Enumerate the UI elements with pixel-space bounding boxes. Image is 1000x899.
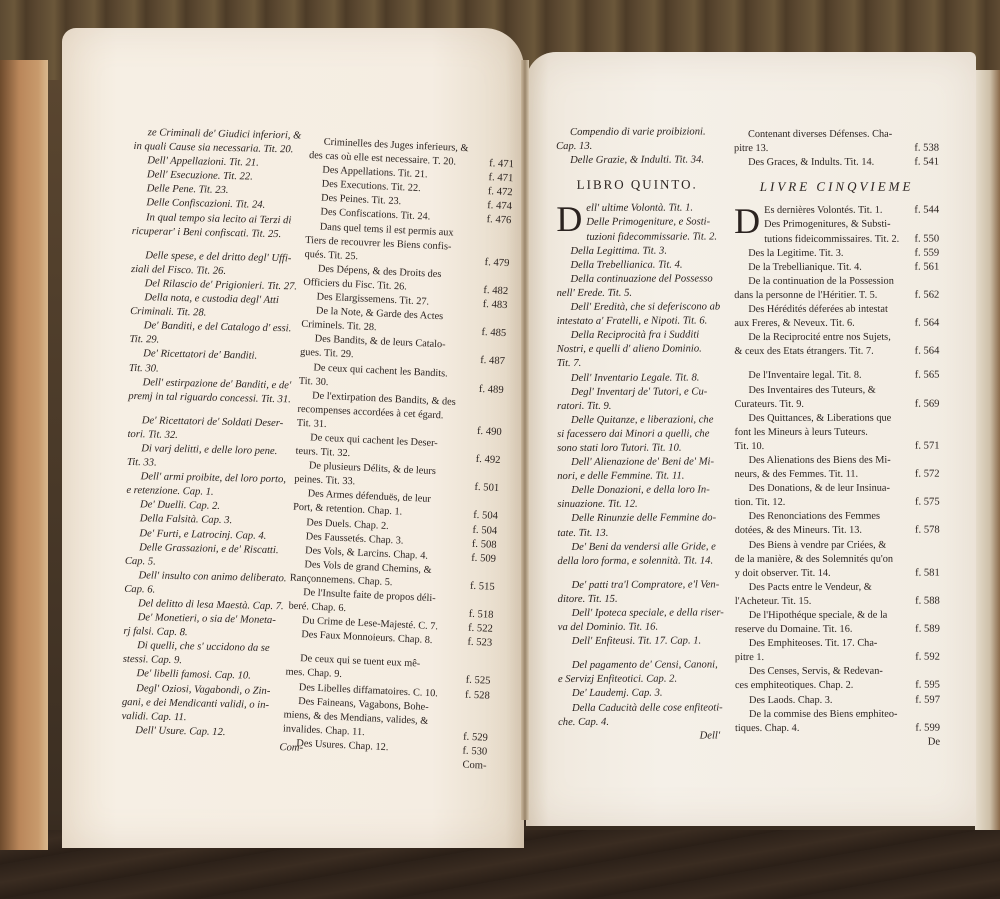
toc-entry-line: Tit. 7. (557, 357, 719, 372)
toc-entry-line: Es dernières Volontés. Tit. 1. (734, 204, 939, 218)
folio-number: f. 479 (484, 256, 509, 271)
french-toc-entries: Es dernières Volontés. Tit. 1.f. 544Des … (734, 204, 940, 750)
toc-entry: Dell' Enfiteusi. Tit. 17. Cap. 1. (558, 635, 720, 650)
toc-entry: Des Graces, & Indults. Tit. 14.f. 541 (734, 156, 939, 170)
toc-entry: De' Ricettatori de' Banditi.Tit. 30. (129, 347, 312, 379)
toc-entry-line: De l'Inventaire legal. Tit. 8. (734, 369, 939, 383)
folio-number: f. 509 (471, 551, 496, 566)
folio-number: f. 599 (915, 721, 940, 735)
toc-entry: Des Quittances, & Liberations quefont le… (734, 411, 939, 454)
folio-number: f. 578 (915, 524, 940, 538)
folio-number: f. 588 (915, 595, 940, 609)
toc-entry-line: Della Reciprocità fra i Sudditi (557, 329, 719, 344)
toc-entry: Des Biens à vendre par Criées, &de la ma… (735, 538, 940, 581)
toc-entry-line: tiques. Chap. 4. (735, 721, 940, 735)
toc-entry-line: De' patti tra'l Compratore, e'l Ven- (558, 578, 720, 593)
folio-number: f. 476 (486, 214, 511, 229)
left-french-column: Criminelles des Juges inferieurs, &des c… (281, 135, 514, 774)
toc-entry-line: Des Donations, & de leur Insinua- (735, 482, 940, 496)
toc-entry-line: Compendio di varie proibizioni. (556, 125, 718, 140)
toc-entry-line: tion. Tit. 12. (735, 496, 940, 510)
section-gap (558, 649, 720, 660)
toc-entry: Des Primogenitures, & Substi-tutions fid… (734, 218, 939, 247)
folio-number: f. 562 (915, 289, 940, 303)
folio-number: f. 483 (482, 298, 507, 313)
toc-entry: Contenant diverses Défenses. Cha-pitre 1… (734, 128, 939, 157)
toc-entry: Dell' Alienazione de' Beni de' Mi-nori, … (557, 455, 719, 484)
toc-entry-line: Nostri, e quelli d' alieno Dominio. (557, 343, 719, 358)
toc-entry: ell' ultime Volontà. Tit. 1. (556, 202, 718, 217)
toc-entry-line: Des la Legitime. Tit. 3. (734, 246, 939, 260)
book-fore-edge-right (975, 70, 1000, 830)
toc-entry: Des la Legitime. Tit. 3.f. 559 (734, 246, 939, 260)
toc-entry-line: Curateurs. Tit. 9. (734, 397, 939, 411)
toc-entry-line: Dell' Enfiteusi. Tit. 17. Cap. 1. (558, 635, 720, 650)
toc-entry: Dell' Eredità, che si deferiscono abinte… (557, 300, 719, 329)
folio-number: f. 564 (915, 345, 940, 359)
folio-number: f. 529 (463, 730, 488, 745)
toc-entry-line: e Servizj Enfiteotici. Cap. 2. (558, 673, 720, 688)
book-gutter (521, 60, 529, 820)
folio-number: f. 559 (914, 246, 939, 260)
toc-entry: Delle Grazie, & Indulti. Tit. 34. (556, 154, 718, 169)
folio-number: f. 471 (488, 171, 513, 186)
folio-number: f. 575 (915, 496, 940, 510)
toc-entry-line: sono stati loro Tutori. Tit. 10. (557, 441, 719, 456)
folio-number: f. 515 (470, 580, 495, 595)
folio-number: f. 518 (468, 608, 493, 623)
right-french-column: Contenant diverses Défenses. Cha-pitre 1… (734, 128, 940, 750)
toc-entry-line: tuzioni fidecommissarie. Tit. 2. (556, 230, 718, 245)
toc-entry: Des Censes, Servis, & Redevan-ces emphit… (735, 665, 940, 694)
toc-entry: De' Monetieri, o sia de' Moneta-rj falsi… (123, 611, 306, 643)
toc-entry: Dell' estirpazione de' Banditi, e de'pre… (128, 376, 311, 408)
toc-entry-line: Delle Rinunzie delle Femmine do- (557, 512, 719, 527)
toc-entry: Delle Grassazioni, e de' Riscatti.Cap. 5… (125, 541, 308, 573)
folio-number: f. 501 (474, 481, 499, 496)
toc-entry: Des Donations, & de leur Insinua-tion. T… (735, 482, 940, 511)
book-fore-edge-left (0, 60, 48, 850)
folio-number: f. 592 (915, 651, 940, 665)
toc-entry: De la Reciprocité entre nos Sujets,& ceu… (734, 331, 939, 360)
toc-entry: Des Pacts entre le Vendeur, &l'Acheteur.… (735, 580, 940, 609)
french-top-entries: Contenant diverses Défenses. Cha-pitre 1… (734, 128, 939, 171)
right-italian-column: Compendio di varie proibizioni.Cap. 13.D… (556, 125, 720, 743)
folio-number: f. 474 (487, 199, 512, 214)
toc-entry: De' Banditi, e del Catalogo d' essi.Tit.… (129, 319, 312, 351)
toc-entry: Della Trebellianica. Tit. 4. (556, 258, 718, 273)
toc-entry: Della Reciprocità fra i SudditiNostri, e… (557, 329, 719, 372)
toc-entry-line: de la manière, & des Solemnités qu'on (735, 552, 940, 566)
toc-entry: Dell' Inventario Legale. Tit. 8. (557, 371, 719, 386)
toc-entry-line: ces emphiteotiques. Chap. 2. (735, 679, 940, 693)
toc-entry: De' Beni da vendersi alle Gride, edella … (557, 540, 719, 569)
folio-number: f. 538 (914, 142, 939, 156)
toc-entry: De la continuation de la Possessiondans … (734, 274, 939, 303)
catchword: De (735, 735, 940, 749)
toc-entry: De l'Hipothéque speciale, & de lareserve… (735, 609, 940, 638)
folio-number: f. 571 (915, 440, 940, 454)
toc-entry-line: sinuazione. Tit. 12. (557, 498, 719, 513)
toc-entry: Des Laods. Chap. 3.f. 597 (735, 693, 940, 707)
folio-number: f. 489 (479, 383, 504, 398)
folio-number: f. 561 (915, 260, 940, 274)
toc-entry-line: l'Acheteur. Tit. 15. (735, 595, 940, 609)
toc-entry-line: Cap. 13. (556, 140, 718, 155)
folio-number: f. 504 (473, 509, 498, 524)
toc-entry-line: dotées, & des Mineurs. Tit. 13. (735, 524, 940, 538)
folio-number: f. 522 (468, 622, 493, 637)
toc-entry: ze Criminali de' Giudici inferiori, &in … (133, 126, 316, 158)
toc-entry-line: Des Graces, & Indults. Tit. 14. (734, 156, 939, 170)
folio-number: f. 564 (915, 317, 940, 331)
toc-entry: De' Laudemj. Cap. 3. (558, 687, 720, 702)
toc-entry-line: Dell' Ipoteca speciale, e della riser- (558, 606, 720, 621)
folio-number: f. 528 (465, 688, 490, 703)
toc-entry: Des Inventaires des Tuteurs, &Curateurs.… (734, 383, 939, 412)
folio-number: f. 472 (488, 185, 513, 200)
toc-entry-line: Delle Primogeniture, e Sosti- (556, 216, 718, 231)
toc-entry: Della Caducità delle cose enfiteoti-che.… (558, 701, 720, 730)
toc-entry-line: Delle Quitanze, e liberazioni, che (557, 413, 719, 428)
italian-toc-entries: ell' ultime Volontà. Tit. 1.Delle Primog… (556, 202, 720, 744)
toc-entry-line: tutions fideicommissaires. Tit. 2. (734, 232, 939, 246)
toc-entry-line: font les Mineurs à leurs Tuteurs. (735, 425, 940, 439)
toc-entry-line: Degl' Inventarj de' Tutori, e Cu- (557, 385, 719, 400)
toc-entry-line: De la Trebellianique. Tit. 4. (734, 260, 939, 274)
toc-entry-line: nori, e delle Femmine. Tit. 11. (557, 470, 719, 485)
toc-entry: Del pagamento de' Censi, Canoni,e Serviz… (558, 659, 720, 688)
french-book-heading: LIVRE CINQVIEME (734, 180, 939, 194)
toc-entry: Di quelli, che s' uccidono da sestessi. … (123, 639, 306, 671)
toc-entry-line: Des Hérédités déferées ab intestat (734, 303, 939, 317)
toc-entry: Delle Rinunzie delle Femmine do-tate. Ti… (557, 512, 719, 541)
toc-entry-line: De l'Hipothéque speciale, & de la (735, 609, 940, 623)
folio-number: f. 504 (472, 523, 497, 538)
toc-entry: De la commise des Biens emphiteo-tiques.… (735, 707, 940, 736)
toc-entry-line: che. Cap. 4. (558, 715, 720, 730)
toc-entry: Degl' Inventarj de' Tutori, e Cu-ratori.… (557, 385, 719, 414)
folio-number: f. 572 (915, 468, 940, 482)
toc-entry-line: Des Emphiteoses. Tit. 17. Cha- (735, 637, 940, 651)
toc-entry-line: intestato a' Fratelli, e Nipoti. Tit. 6. (557, 315, 719, 330)
toc-entry: Des Alienations des Biens des Mi-neurs, … (735, 454, 940, 483)
section-gap (734, 359, 939, 369)
folio-number: f. 581 (915, 566, 940, 580)
folio-number: f. 544 (914, 204, 939, 218)
toc-entry-line: Dell' Eredità, che si deferiscono ab (557, 300, 719, 315)
toc-entry-line: tate. Tit. 13. (557, 526, 719, 541)
toc-entry-line: Dell' Alienazione de' Beni de' Mi- (557, 455, 719, 470)
toc-entry-line: De la Reciprocité entre nos Sujets, (734, 331, 939, 345)
toc-entry-line: Della Caducità delle cose enfiteoti- (558, 701, 720, 716)
toc-entry-line: pitre 13. (734, 142, 939, 156)
toc-entry: Dell' Ipoteca speciale, e della riser-va… (558, 606, 720, 635)
toc-entry-line: si facessero dai Minori a quelli, che (557, 427, 719, 442)
folio-number: f. 589 (915, 623, 940, 637)
italian-top-entries: Compendio di varie proibizioni.Cap. 13.D… (556, 125, 718, 168)
toc-entry: Compendio di varie proibizioni.Cap. 13. (556, 125, 718, 154)
toc-entry: Dell' insulto con animo deliberato.Cap. … (124, 569, 307, 601)
toc-entry-line: De la commise des Biens emphiteo- (735, 707, 940, 721)
toc-entry: Delle Quitanze, e liberazioni, chesi fac… (557, 413, 719, 456)
toc-entry: Des Renonciations des Femmesdotées, & de… (735, 510, 940, 539)
toc-entry: Della nota, e custodia degl' AttiCrimina… (130, 291, 313, 323)
catchword: Dell' (558, 729, 720, 744)
toc-entry: In qual tempo sia lecito ai Terzi diricu… (132, 211, 315, 243)
toc-entry-line: Des Biens à vendre par Criées, & (735, 538, 940, 552)
toc-entry-line: Della continuazione del Possesso (557, 272, 719, 287)
toc-entry: Delle Primogeniture, e Sosti-tuzioni fid… (556, 216, 718, 245)
toc-entry: Della Legittima. Tit. 3. (556, 244, 718, 259)
toc-entry-line: reserve du Domaine. Tit. 16. (735, 623, 940, 637)
toc-entry-line: De' Beni da vendersi alle Gride, e (557, 540, 719, 555)
toc-entry: Della continuazione del Possessonell' Er… (557, 272, 719, 301)
folio-number: f. 523 (467, 636, 492, 651)
toc-entry: De l'Inventaire legal. Tit. 8.f. 565 (734, 369, 939, 383)
toc-entry-line: neurs, & des Femmes. Tit. 11. (735, 468, 940, 482)
toc-entry-line: ditore. Tit. 15. (558, 592, 720, 607)
toc-entry-line: ratori. Tit. 9. (557, 399, 719, 414)
toc-entry: Dell' armi proibite, del loro porto,e re… (126, 470, 309, 502)
toc-entry-line: dans la personne de l'Héritier. T. 5. (734, 289, 939, 303)
toc-entry-line: Des Renonciations des Femmes (735, 510, 940, 524)
toc-entry: Es dernières Volontés. Tit. 1.f. 544 (734, 204, 939, 218)
toc-entry-line: va del Dominio. Tit. 16. (558, 621, 720, 636)
toc-entry: Degl' Oziosi, Vagabondi, o Zin-gani, e d… (121, 681, 304, 727)
toc-entry-line: Des Quittances, & Liberations que (734, 411, 939, 425)
toc-entry: Des Emphiteoses. Tit. 17. Cha-pitre 1.f.… (735, 637, 940, 666)
toc-entry-line: Des Inventaires des Tuteurs, & (734, 383, 939, 397)
folio-number: f. 525 (465, 674, 490, 689)
toc-entry-line: Del pagamento de' Censi, Canoni, (558, 659, 720, 674)
toc-entry: Di varj delitti, e delle loro pene.Tit. … (127, 442, 310, 474)
toc-entry-line: ell' ultime Volontà. Tit. 1. (556, 202, 718, 217)
toc-entry-line: & ceux des Etats étrangers. Tit. 7. (734, 345, 939, 359)
folio-number: f. 541 (914, 156, 939, 170)
toc-entry-line: De' Laudemj. Cap. 3. (558, 687, 720, 702)
folio-number: f. 595 (915, 679, 940, 693)
toc-entry-line: Contenant diverses Défenses. Cha- (734, 128, 939, 142)
toc-entry-line: nell' Erede. Tit. 5. (557, 286, 719, 301)
folio-number: f. 482 (483, 284, 508, 299)
folio-number: f. 492 (475, 453, 500, 468)
section-gap (558, 568, 720, 579)
toc-entry-line: Delle Donazioni, e della loro In- (557, 484, 719, 499)
folio-number: f. 597 (915, 693, 940, 707)
folio-number: f. 550 (914, 232, 939, 246)
toc-entry: Delle spese, e del dritto degl' Uffi-zia… (131, 249, 314, 281)
toc-entry-line: della loro forma, e solennità. Tit. 14. (557, 554, 719, 569)
toc-entry: De' patti tra'l Compratore, e'l Ven-dito… (558, 578, 720, 607)
toc-entry-line: Delle Grazie, & Indulti. Tit. 34. (556, 154, 718, 169)
folio-number: f. 508 (472, 537, 497, 552)
folio-number: f. 490 (477, 425, 502, 440)
folio-number: f. 487 (480, 354, 505, 369)
toc-entry-line: Des Pacts entre le Vendeur, & (735, 580, 940, 594)
folio-number: f. 485 (481, 326, 506, 341)
toc-entry-line: Des Primogenitures, & Substi- (734, 218, 939, 232)
toc-entry-line: Des Alienations des Biens des Mi- (735, 454, 940, 468)
folio-number: f. 565 (915, 369, 940, 383)
folio-number: f. 471 (489, 157, 514, 172)
toc-entry: Des Hérédités déferées ab intestataux Fr… (734, 303, 939, 332)
toc-entry-line: Des Censes, Servis, & Redevan- (735, 665, 940, 679)
toc-entry-line: Della Legittima. Tit. 3. (556, 244, 718, 259)
toc-entry-line: Tit. 10. (735, 440, 940, 454)
italian-book-heading: LIBRO QUINTO. (556, 178, 718, 193)
toc-entry-line: Des Laods. Chap. 3. (735, 693, 940, 707)
toc-entry: De la Trebellianique. Tit. 4.f. 561 (734, 260, 939, 274)
toc-entry: De' Ricettatori de' Soldati Deser-tori. … (127, 414, 310, 446)
folio-number: f. 530 (462, 744, 487, 759)
toc-entry: Delle Donazioni, e della loro In-sinuazi… (557, 484, 719, 513)
toc-entry-line: Della Trebellianica. Tit. 4. (556, 258, 718, 273)
folio-number: f. 569 (915, 397, 940, 411)
toc-entry-line: pitre 1. (735, 651, 940, 665)
toc-entry-line: y doit observer. Tit. 14. (735, 566, 940, 580)
toc-entry-line: Dell' Inventario Legale. Tit. 8. (557, 371, 719, 386)
toc-entry-line: aux Freres, & Neveux. Tit. 6. (734, 317, 939, 331)
toc-entry-line: De la continuation de la Possession (734, 274, 939, 288)
